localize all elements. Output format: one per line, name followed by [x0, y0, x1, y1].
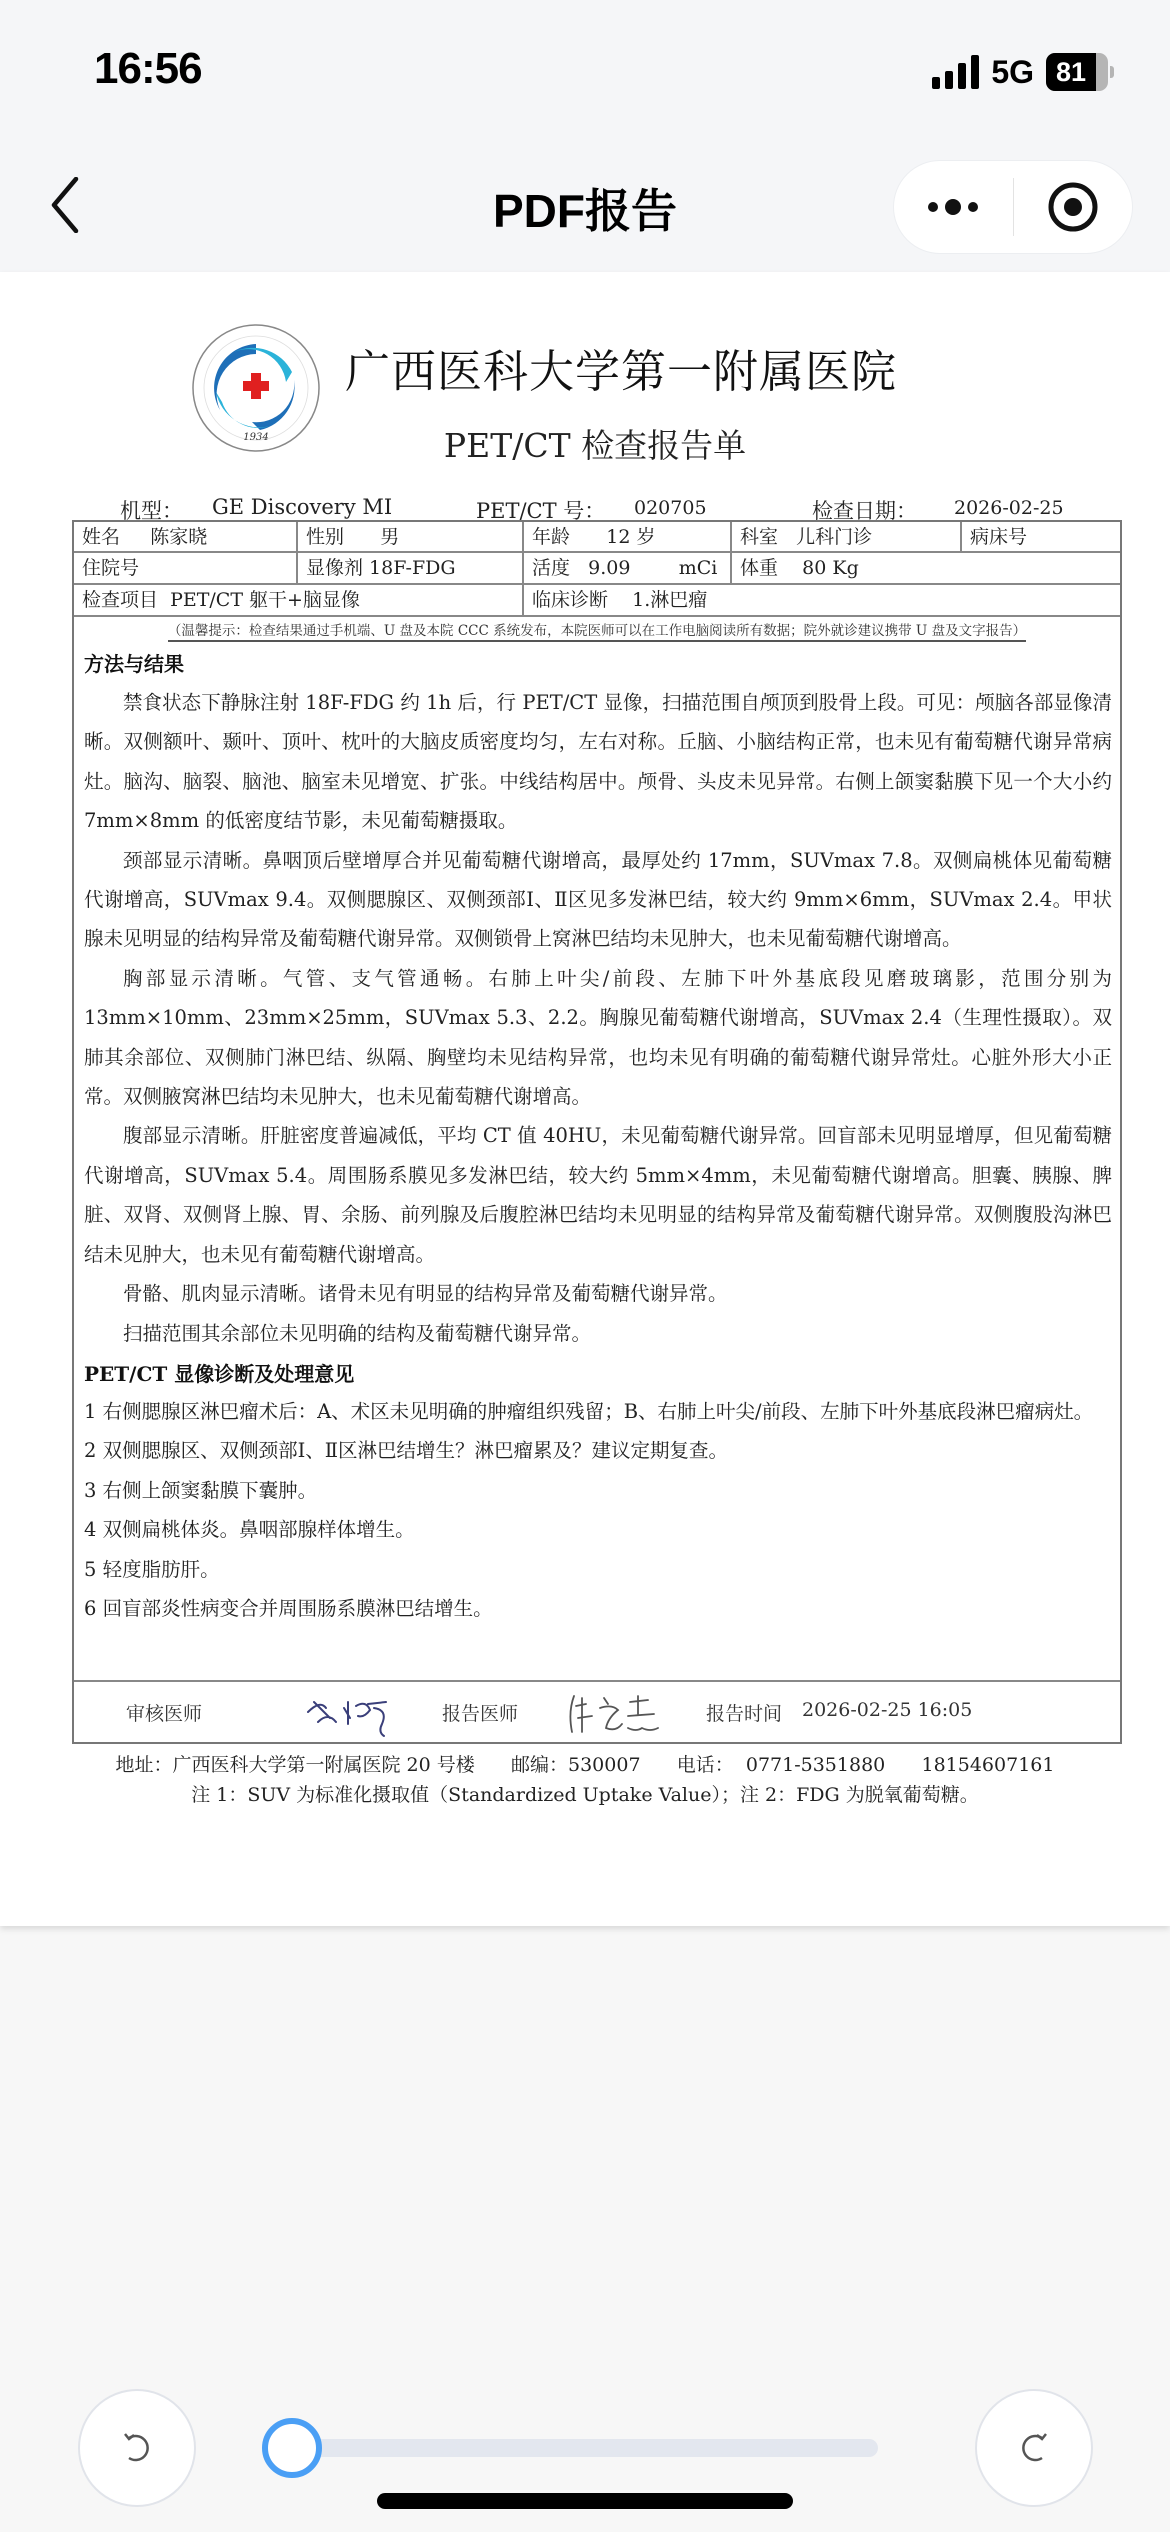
findings: 禁食状态下静脉注射 18F-FDG 约 1h 后，行 PET/CT 显像，扫描范… [84, 683, 1112, 1353]
diagnosis-item: 6 回盲部炎性病变合并周围肠系膜淋巴结增生。 [84, 1589, 1112, 1628]
footer-note: 注 1：SUV 为标准化摄取值（Standardized Uptake Valu… [0, 1780, 1170, 1807]
department: 科室 儿科门诊 [732, 522, 962, 551]
petct-no-value: 020705 [634, 497, 707, 519]
reviewer-label: 审核医师 [126, 1699, 202, 1726]
patient-sex: 性别 男 [298, 522, 524, 551]
patient-row-2: 住院号 显像剂 18F-FDG 活度 9.09 mCi 体重 80 Kg [74, 553, 1120, 585]
tracer: 显像剂 18F-FDG [298, 553, 524, 583]
rotate-left-button[interactable] [78, 2389, 196, 2507]
rotate-right-icon [1016, 2430, 1052, 2466]
model-value: GE Discovery MI [212, 495, 392, 519]
report-time-label: 报告时间 [706, 1699, 782, 1726]
bed-number: 病床号 [962, 522, 1122, 551]
miniprogram-capsule [893, 160, 1133, 254]
report-frame: 姓名 陈家晓 性别 男 年龄 12 岁 科室 儿科门诊 病床号 住院号 显像剂 … [72, 520, 1122, 1744]
reporter-label: 报告医师 [442, 1699, 518, 1726]
status-icons: 5G 81 [932, 52, 1114, 92]
diagnosis-list: 1 右侧腮腺区淋巴瘤术后：A、术区未见明确的肿瘤组织残留；B、右肺上叶尖/前段、… [84, 1392, 1112, 1628]
page-slider-track[interactable] [290, 2439, 878, 2457]
patient-age: 年龄 12 岁 [524, 522, 732, 551]
rotate-left-icon [119, 2430, 155, 2466]
patient-row-1: 姓名 陈家晓 性别 男 年龄 12 岁 科室 儿科门诊 病床号 [74, 522, 1120, 553]
footer-address: 地址：广西医科大学第一附属医院 20 号楼 邮编：530007 电话： 0771… [0, 1750, 1170, 1777]
exam-item: 检查项目 PET/CT 躯干+脑显像 [74, 585, 524, 615]
more-button[interactable] [894, 161, 1013, 253]
home-indicator[interactable] [377, 2493, 793, 2509]
page-slider-thumb[interactable] [262, 2418, 322, 2478]
exam-meta: 机型： GE Discovery MI PET/CT 号： 020705 检查日… [120, 495, 1080, 523]
report-time-value: 2026-02-25 16:05 [802, 1699, 972, 1721]
pdf-page[interactable]: 1934 广西医科大学第一附属医院 PET/CT 检查报告单 机型： GE Di… [0, 272, 1170, 1926]
finding-chest: 胸部显示清晰。气管、支气管通畅。右肺上叶尖/前段、左肺下叶外基底段见磨玻璃影，范… [84, 959, 1112, 1117]
battery-icon: 81 [1046, 53, 1108, 91]
target-close-icon [1046, 180, 1100, 234]
finding-bone: 骨骼、肌肉显示清晰。诸骨未见有明显的结构异常及葡萄糖代谢异常。 [84, 1274, 1112, 1313]
top-bar: 16:56 5G 81 PDF报告 [0, 0, 1170, 272]
report-title: PET/CT 检查报告单 [0, 420, 1170, 467]
methods-heading: 方法与结果 [84, 648, 184, 677]
rotate-right-button[interactable] [975, 2389, 1093, 2507]
diagnosis-item: 4 双侧扁桃体炎。鼻咽部腺样体增生。 [84, 1510, 1112, 1549]
diagnosis-item: 5 轻度脂肪肝。 [84, 1550, 1112, 1589]
more-dots-icon [923, 197, 983, 217]
diagnosis-item: 2 双侧腮腺区、双侧颈部Ⅰ、Ⅱ区淋巴结增生？淋巴瘤累及？建议定期复查。 [84, 1431, 1112, 1470]
network-type: 5G [991, 54, 1034, 91]
activity: 活度 9.09 mCi [524, 553, 732, 583]
body-weight: 体重 80 Kg [732, 553, 1122, 583]
signature-row: 审核医师 报告医师 报告时间 2026-02-25 16:05 [74, 1680, 1120, 1742]
patient-row-3: 检查项目 PET/CT 躯干+脑显像 临床诊断 1.淋巴瘤 [74, 585, 1120, 617]
inpatient-number: 住院号 [74, 553, 298, 583]
signal-icon [932, 55, 979, 89]
finding-head: 禁食状态下静脉注射 18F-FDG 约 1h 后，行 PET/CT 显像，扫描范… [84, 683, 1112, 841]
reporter-signature [564, 1688, 664, 1738]
close-miniprogram-button[interactable] [1014, 161, 1133, 253]
diagnosis-item: 3 右侧上颌窦黏膜下囊肿。 [84, 1471, 1112, 1510]
hospital-name: 广西医科大学第一附属医院 [345, 335, 897, 400]
finding-other: 扫描范围其余部位未见明确的结构及葡萄糖代谢异常。 [84, 1314, 1112, 1353]
reviewer-signature [304, 1688, 400, 1738]
battery-level: 81 [1046, 53, 1096, 91]
finding-abdomen: 腹部显示清晰。肝脏密度普遍减低，平均 CT 值 40HU，未见葡萄糖代谢异常。回… [84, 1116, 1112, 1274]
finding-neck: 颈部显示清晰。鼻咽顶后壁增厚合并见葡萄糖代谢增高，最厚处约 17mm，SUVma… [84, 841, 1112, 959]
notice-text: （温馨提示：检查结果通过手机端、U 盘及本院 CCC 系统发布，本院医师可以在工… [74, 619, 1120, 639]
diagnosis-item: 1 右侧腮腺区淋巴瘤术后：A、术区未见明确的肿瘤组织残留；B、右肺上叶尖/前段、… [84, 1392, 1112, 1431]
battery-cap [1110, 66, 1114, 78]
patient-name: 姓名 陈家晓 [74, 522, 298, 551]
exam-date-value: 2026-02-25 [954, 497, 1064, 519]
clinical-diagnosis: 临床诊断 1.淋巴瘤 [524, 585, 1122, 615]
status-time: 16:56 [94, 44, 202, 94]
diagnosis-heading: PET/CT 显像诊断及处理意见 [84, 1358, 354, 1387]
